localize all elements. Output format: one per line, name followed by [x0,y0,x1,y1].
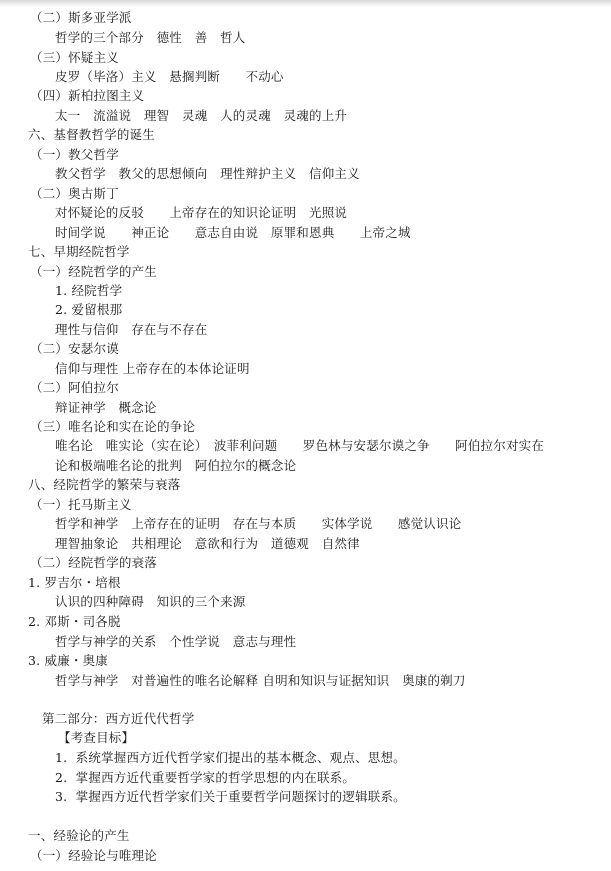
subsection-heading: （三）唯名论和实在论的争论 [30,419,195,435]
objective-item: 3. 掌握西方近代哲学家们关于重要哲学问题探讨的逻辑联系。 [55,789,406,805]
numbered-item: 1. 经院哲学 [55,283,122,299]
topic-line: 教父哲学 教父的思想倾向 理性辩护主义 信仰主义 [55,166,360,182]
subsection-heading: （一）经验论与唯理论 [30,848,157,864]
page-top-shadow [0,0,611,7]
topic-line: 时间学说 神正论 意志自由说 原罪和恩典 上帝之城 [55,225,411,241]
topic-line: 唯名论 唯实论（实在论） 波菲利问题 罗色林与安瑟尔谟之争 阿伯拉尔对实在 [55,438,544,454]
topic-line: 理性与信仰 存在与不存在 [55,322,207,338]
part-heading: 第二部分：西方近代代哲学 [42,711,194,727]
topic-line: 哲学和神学 上帝存在的证明 存在与本质 实体学说 感觉认识论 [55,516,461,532]
topic-line: 哲学与神学 对普遍性的唯名论解释 自明和知识与证据知识 奥康的剃刀 [55,673,466,689]
section-heading: 八、经院哲学的繁荣与衰落 [28,477,180,493]
subsection-heading: （一）教父哲学 [30,147,119,163]
topic-line: 信仰与理性 上帝存在的本体论证明 [55,361,250,377]
subsection-heading: （二）安瑟尔谟 [30,341,119,357]
section-heading: 一、经验论的产生 [28,828,130,844]
topic-line: 理智抽象论 共相理论 意欲和行为 道德观 自然律 [55,536,360,552]
subsection-heading: （一）托马斯主义 [30,497,132,513]
topic-line: 哲学与神学的关系 个性学说 意志与理性 [55,634,296,650]
subsection-heading: （一）经院哲学的产生 [30,264,157,280]
topic-line: 皮罗（毕洛）主义 悬搁判断 不动心 [55,69,284,85]
subsection-heading: （二）阿伯拉尔 [30,380,119,396]
philosopher-heading: 3. 威廉・奥康 [28,653,108,669]
subsection-heading: （四）新柏拉图主义 [30,88,144,104]
topic-line: 辩证神学 概念论 [55,400,157,416]
subsection-heading: （二）经院哲学的衰落 [30,555,157,571]
topic-line: 哲学的三个部分 德性 善 哲人 [55,30,246,46]
topic-line: 论和极端唯名论的批判 阿伯拉尔的概念论 [55,458,296,474]
subsection-heading: （二）斯多亚学派 [30,10,132,26]
topic-line: 太一 流溢说 理智 灵魂 人的灵魂 灵魂的上升 [55,108,347,124]
topic-line: 对怀疑论的反驳 上帝存在的知识论证明 光照说 [55,205,347,221]
topic-line: 认识的四种障碍 知识的三个来源 [55,594,246,610]
philosopher-heading: 1. 罗吉尔・培根 [28,575,121,591]
numbered-item: 2. 爱留根那 [55,302,122,318]
objective-item: 2. 掌握西方近代重要哲学家的哲学思想的内在联系。 [55,770,355,786]
subsection-heading: （三）怀疑主义 [30,50,119,66]
exam-objectives-heading: 【考查目标】 [58,730,134,746]
philosopher-heading: 2. 邓斯・司各脱 [28,614,121,630]
section-heading: 六、基督教哲学的诞生 [28,127,155,143]
subsection-heading: （二）奥古斯丁 [30,186,119,202]
section-heading: 七、早期经院哲学 [28,244,130,260]
objective-item: 1. 系统掌握西方近代哲学家们提出的基本概念、观点、思想。 [55,750,406,766]
